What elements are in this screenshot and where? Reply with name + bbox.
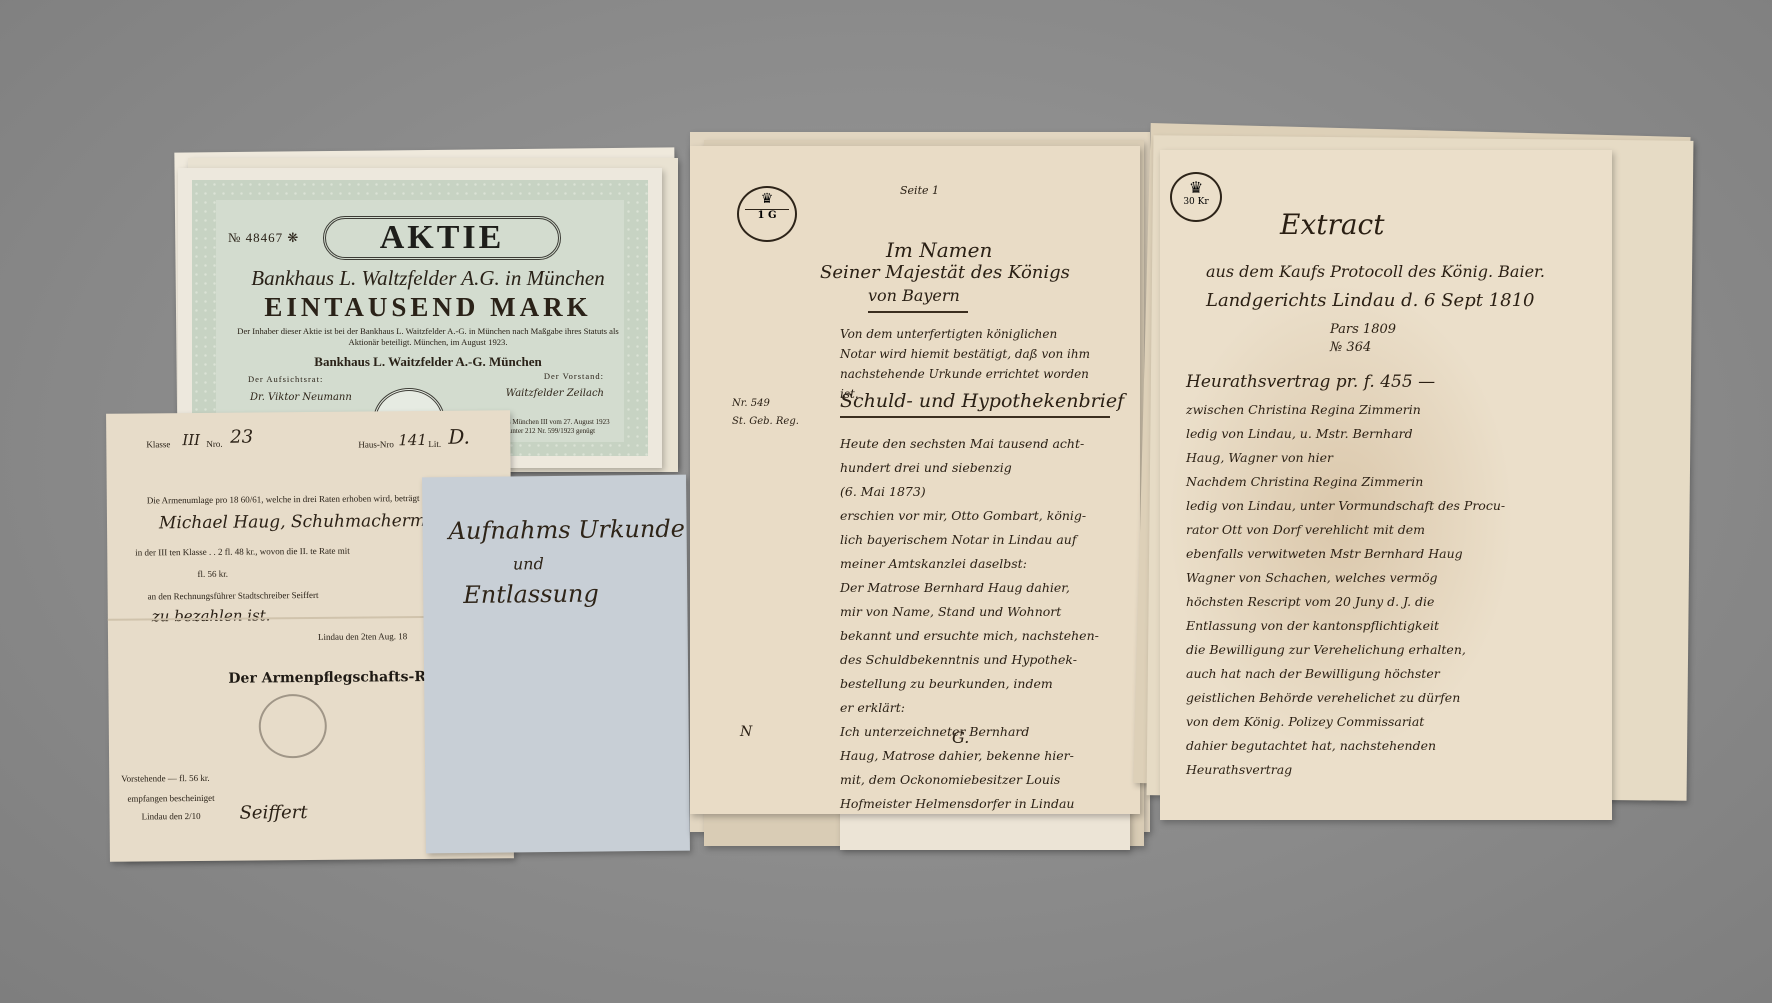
title-underline [840,416,1110,418]
nro-value: 23 [230,426,253,447]
lit-value: D. [448,425,470,449]
certificate-number: № 48467 ❋ [228,230,299,246]
extract-line-2: Landgerichts Lindau d. 6 Sept 1810 [1206,290,1534,311]
extract-line-1: aus dem Kaufs Protocoll des König. Baier… [1206,262,1545,281]
receipt-amount: Vorstehende — fl. 56 kr. [121,773,209,784]
contract-body: zwischen Christina Regina Zimmerin ledig… [1186,398,1505,782]
page-label: Seite 1 [900,184,939,197]
crown-swords-stamp-icon: ♛ 1 G [737,186,797,242]
footer-mark: N [740,724,752,740]
crown-icon: ♛ [739,191,795,207]
blue-booklet: Aufnahms Urkunde und Entlassung [422,475,690,854]
booklet-line-2: und [513,554,544,573]
royal-arms-stamp-icon: ♛ 30 Kr [1170,172,1222,222]
ink-stamp-icon [259,694,328,759]
nro-label: Nro. [206,439,222,449]
reference-1: Pars 1809 [1330,322,1396,337]
heading-bavaria: von Bayern [868,286,960,305]
mortgage-document: ♛ 1 G Seite 1 Im Namen Seiner Majestät d… [690,146,1140,814]
booklet-line-3: Entlassung [463,580,599,609]
place-date: Lindau den 2ten Aug. 18 [318,631,407,642]
klasse-value: III [182,431,200,449]
heading-majesty: Seiner Majestät des Königs [820,262,1070,283]
receipt-signature: Seiffert [239,802,307,824]
bank-name: Bankhaus L. Waitzfelder A.-G. München [228,354,628,370]
haus-value: 141 [398,431,427,449]
class-line: in der III ten Klasse . . 2 fl. 48 kr., … [135,546,350,558]
authority-heading: Der Armenpflegschafts-Rath. [228,669,457,687]
reference-2: № 364 [1330,340,1371,355]
body-text: Heute den sechsten Mai tausend acht- hun… [840,432,1099,816]
paid-note: zu bezahlen ist. [152,606,271,625]
klasse-label: Klasse [146,439,170,449]
lit-label: Lit. [428,439,441,449]
amount-line: fl. 56 kr. [197,569,228,579]
recipient-line: an den Rechnungsführer Stadtschreiber Se… [148,590,319,601]
certificate-title: AKTIE [323,216,561,260]
signature-board: Waitzfelder Zeilach [506,388,604,399]
heading-in-name: Im Namen [886,238,992,262]
margin-note-1: Nr. 549 [732,398,770,409]
umlage-text: Die Armenumlage pro 18 60/61, welche in … [147,493,420,505]
marriage-contract-extract: ♛ 30 Kr Extract aus dem Kaufs Protocoll … [1160,150,1612,820]
booklet-line-1: Aufnahms Urkunde [448,515,685,545]
certificate-description: Der Inhaber dieser Aktie ist bei der Ban… [228,326,628,348]
extract-title: Extract [1280,208,1385,241]
supervisory-board-label: Der Aufsichtsrat: [248,374,323,384]
board-label: Der Vorstand: [544,371,604,381]
signature-initial: G. [952,728,969,747]
heading-underline [868,311,968,313]
margin-note-2: St. Geb. Reg. [732,416,799,427]
contract-heading: Heurathsvertrag pr. f. 455 — [1186,372,1435,392]
certificate-amount: EINTAUSEND MARK [228,292,628,323]
signature-supervisory: Dr. Viktor Neumann [250,392,352,403]
receipt-date: Lindau den 2/10 [142,811,201,822]
haus-label: Haus-Nro [358,439,394,449]
receipt-confirm: empfangen bescheiniget [127,793,214,804]
document-title: Schuld- und Hypothekenbrief [840,390,1124,412]
issuer-script: Bankhaus L. Waltzfelder A.G. in München [228,266,628,291]
